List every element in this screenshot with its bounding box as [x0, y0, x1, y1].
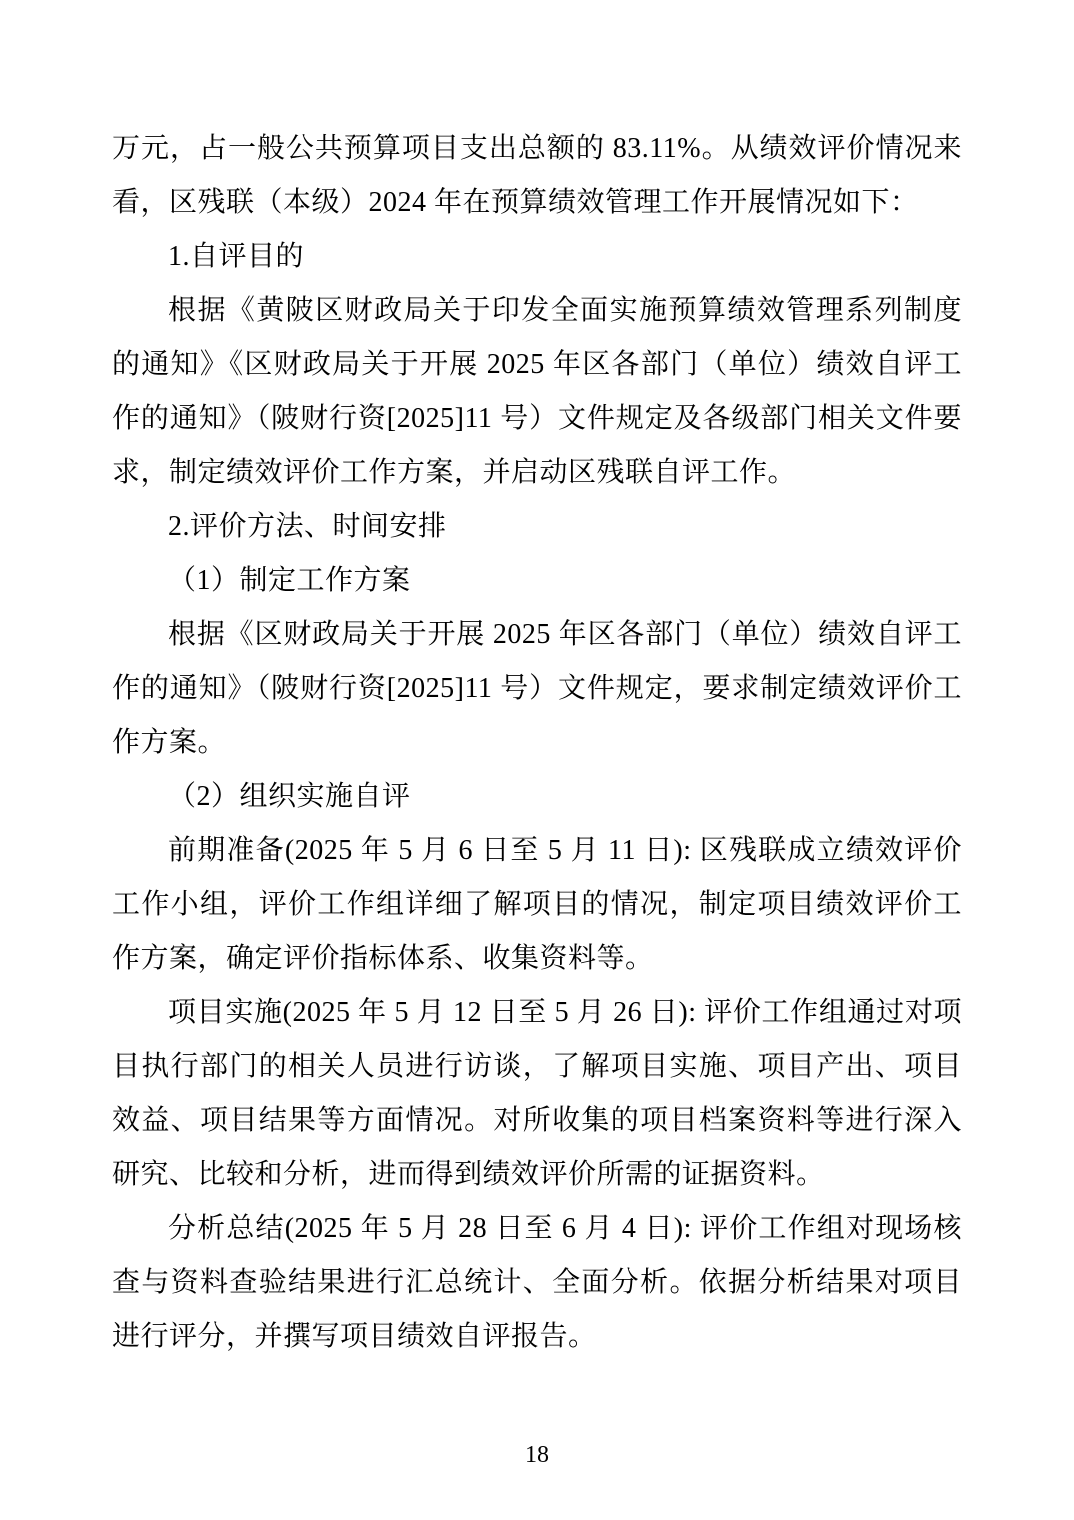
paragraph-overview-continuation: 万元，占一般公共预算项目支出总额的 83.11%。从绩效评价情况来看，区残联（本…	[112, 122, 962, 230]
heading-evaluation-method-schedule: 2.评价方法、时间安排	[112, 500, 962, 554]
paragraph-work-plan-basis: 根据《区财政局关于开展 2025 年区各部门（单位）绩效自评工作的通知》（陂财行…	[112, 608, 962, 770]
paragraph-preparation-phase: 前期准备(2025 年 5 月 6 日至 5 月 11 日): 区残联成立绩效评…	[112, 824, 962, 986]
heading-self-evaluation-purpose: 1.自评目的	[112, 230, 962, 284]
subheading-organize-self-evaluation: （2）组织实施自评	[112, 770, 962, 824]
paragraph-implementation-phase: 项目实施(2025 年 5 月 12 日至 5 月 26 日): 评价工作组通过…	[112, 986, 962, 1202]
subheading-make-work-plan: （1）制定工作方案	[112, 554, 962, 608]
paragraph-analysis-summary-phase: 分析总结(2025 年 5 月 28 日至 6 月 4 日): 评价工作组对现场…	[112, 1202, 962, 1364]
paragraph-basis-documents: 根据《黄陂区财政局关于印发全面实施预算绩效管理系列制度的通知》《区财政局关于开展…	[112, 284, 962, 500]
document-body: 万元，占一般公共预算项目支出总额的 83.11%。从绩效评价情况来看，区残联（本…	[112, 122, 962, 1364]
document-page: 万元，占一般公共预算项目支出总额的 83.11%。从绩效评价情况来看，区残联（本…	[0, 0, 1074, 1520]
page-number: 18	[0, 1442, 1074, 1469]
